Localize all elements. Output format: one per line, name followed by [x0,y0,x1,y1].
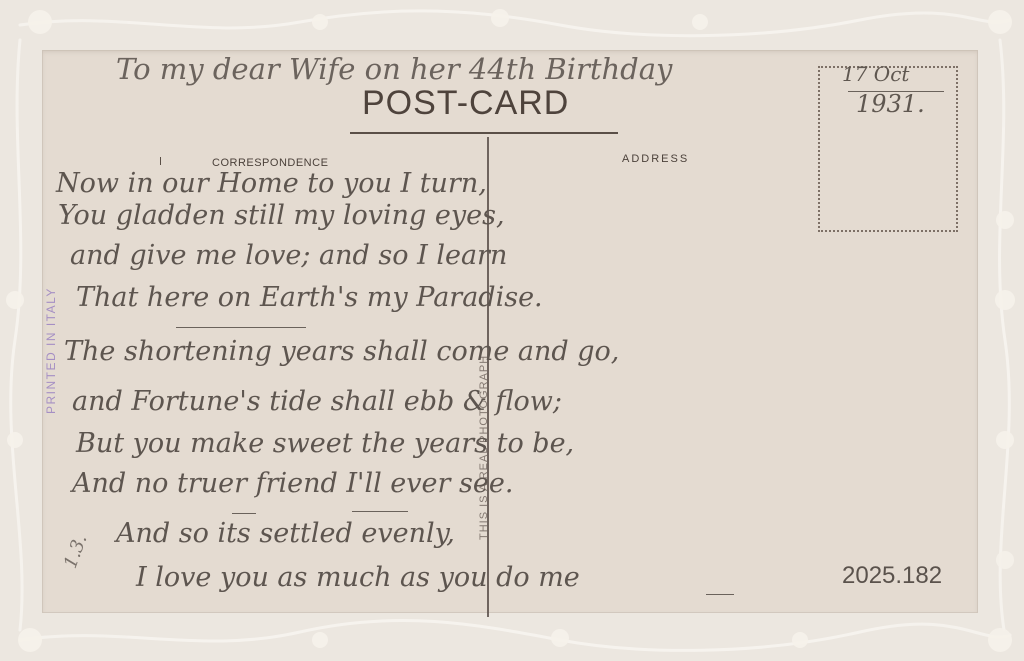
title-rule [350,132,618,134]
postcard: POST-CARD CORRESPONDENCE ADDRESS PRINTED… [0,0,1024,661]
underline-mark [232,513,256,514]
poem-line: The shortening years shall come and go, [64,336,619,367]
poem-line: You gladden still my loving eyes, [58,200,505,231]
accession-number: 2025.182 [842,562,942,590]
poem-line: I love you as much as you do me [136,562,580,593]
poem-line: And so its settled evenly, [116,518,455,549]
handwritten-heading: To my dear Wife on her 44th Birthday [116,52,672,86]
postcard-title: POST-CARD [362,84,569,123]
tick-mark [160,157,161,165]
printed-in-italy-imprint: PRINTED IN ITALY [44,287,58,414]
underline-mark [176,327,306,328]
handwritten-date-day: 17 Oct [842,62,909,86]
poem-line: That here on Earth's my Paradise. [76,282,543,313]
poem-line: And no truer friend I'll ever see. [72,468,513,499]
poem-line: Now in our Home to you I turn, [56,168,487,199]
poem-line: and give me love; and so I learn [70,240,507,271]
underline-mark [352,511,408,512]
address-label: ADDRESS [622,153,689,165]
handwritten-date-year: 1931. [856,90,925,118]
poem-line: But you make sweet the years to be, [76,428,574,459]
poem-line: and Fortune's tide shall ebb & flow; [72,386,562,417]
underline-mark [706,594,734,595]
